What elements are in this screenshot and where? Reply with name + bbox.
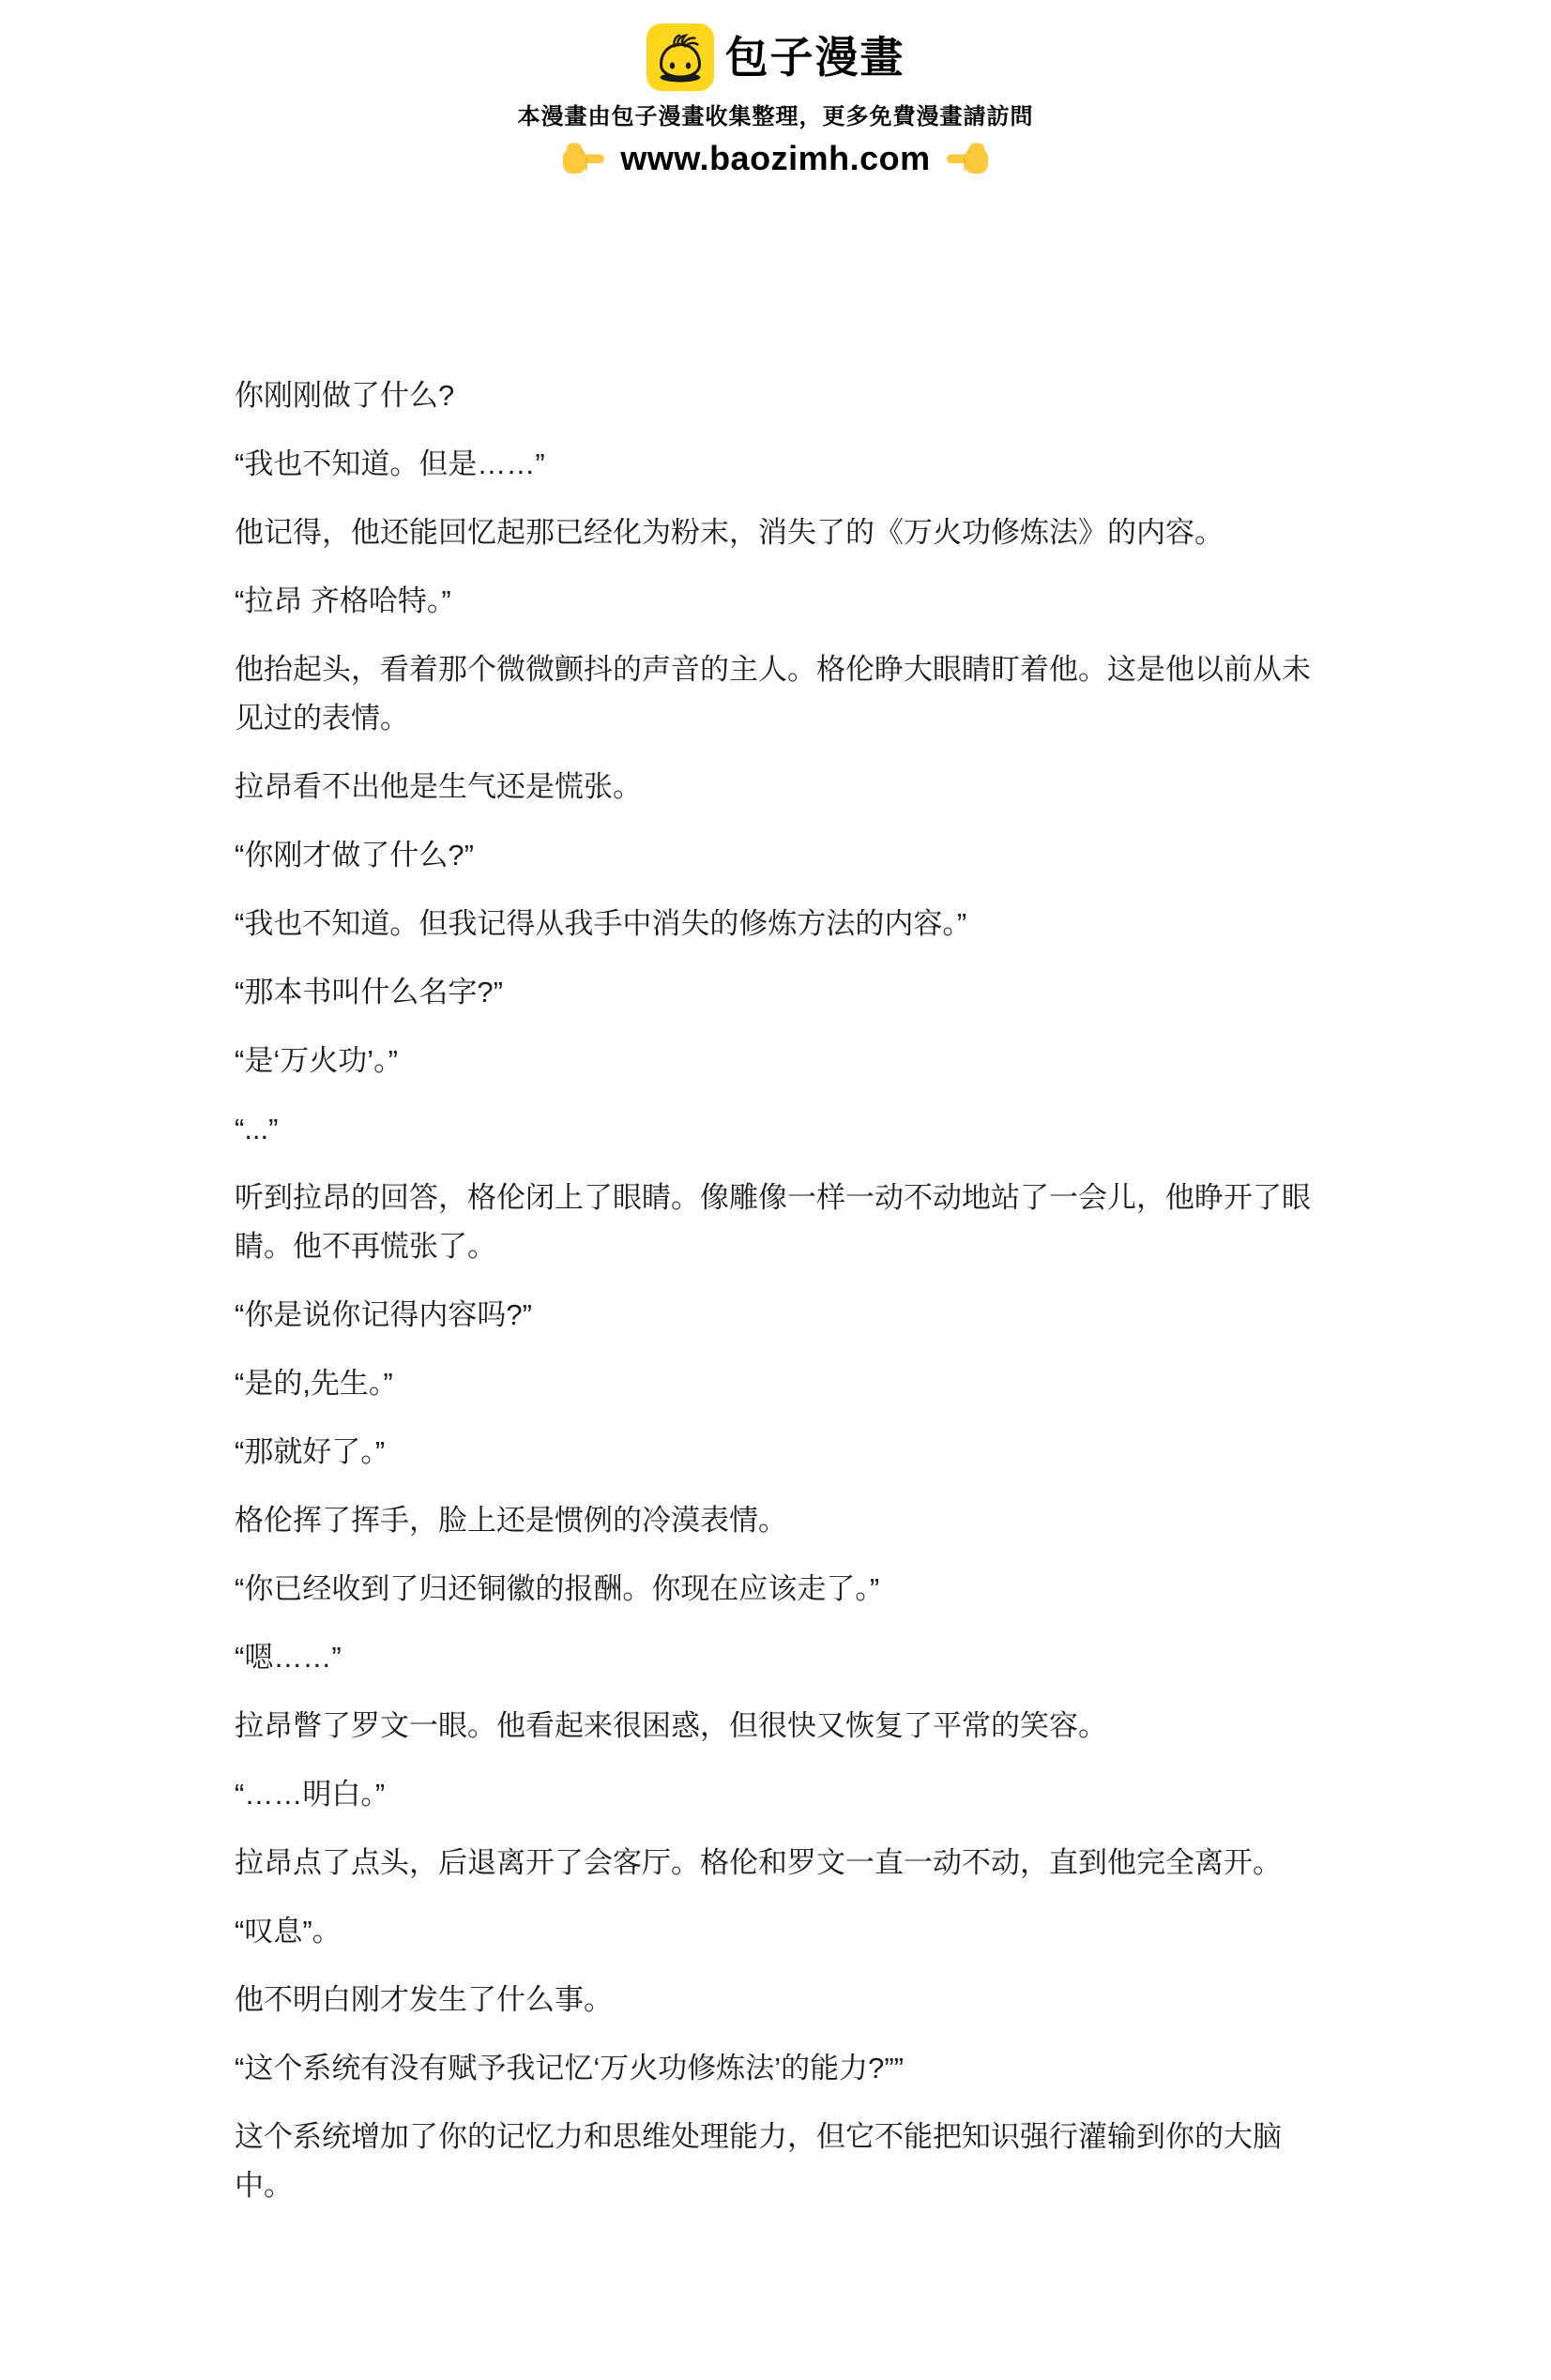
novel-paragraph: “我也不知道。但是……” [235,440,1337,489]
brand-lockup[interactable]: 包子漫畫 [0,23,1551,91]
site-url[interactable]: www.baozimh.com [620,138,930,179]
pointing-right-hand-icon [562,142,605,175]
site-url-row: www.baozimh.com [0,138,1551,179]
novel-paragraph: “你已经收到了归还铜徽的报酬。你现在应该走了。” [235,1565,1337,1614]
novel-paragraph: “拉昂 齐格哈特。” [235,577,1337,626]
novel-paragraph: 拉昂点了点头，后退离开了会客厅。格伦和罗文一直一动不动，直到他完全离开。 [235,1839,1337,1887]
novel-paragraph: “……明白。” [235,1770,1337,1819]
novel-paragraph: 他不明白刚才发生了什么事。 [235,1976,1337,2024]
novel-paragraph: “是的,先生。” [235,1359,1337,1408]
baozi-bun-icon [646,23,714,91]
novel-paragraph: “那就好了。” [235,1428,1337,1477]
novel-paragraph: “这个系统有没有赋予我记忆‘万火功修炼法’的能力?”” [235,2044,1337,2093]
novel-paragraph: “你刚才做了什么?” [235,831,1337,880]
novel-paragraph: 拉昂看不出他是生气还是慌张。 [235,763,1337,811]
novel-paragraph: 他记得，他还能回忆起那已经化为粉末，消失了的《万火功修炼法》的内容。 [235,508,1337,557]
novel-paragraph: “是‘万火功’。” [235,1037,1337,1085]
novel-paragraph: “你是说你记得内容吗?” [235,1291,1337,1340]
site-header: 包子漫畫 本漫畫由包子漫畫收集整理，更多免費漫畫請訪問 www.baozimh.… [0,0,1551,179]
novel-paragraph: “叹息”。 [235,1907,1337,1956]
novel-paragraph: 拉昂瞥了罗文一眼。他看起来很困惑，但很快又恢复了平常的笑容。 [235,1702,1337,1751]
brand-title: 包子漫畫 [725,23,905,91]
novel-paragraph: “嗯……” [235,1633,1337,1682]
novel-paragraph: “那本书叫什么名字?” [235,968,1337,1017]
novel-paragraph: 听到拉昂的回答，格伦闭上了眼睛。像雕像一样一动不动地站了一会儿，他睁开了眼睛。他… [235,1174,1337,1271]
novel-paragraph: 这个系统增加了你的记忆力和思维处理能力，但它不能把知识强行灌输到你的大脑中。 [235,2113,1337,2210]
novel-text-block: 你刚刚做了什么?“我也不知道。但是……”他记得，他还能回忆起那已经化为粉末，消失… [235,371,1337,2230]
novel-paragraph: 你刚刚做了什么? [235,371,1337,420]
novel-paragraph: “...” [235,1105,1337,1154]
novel-paragraph: 格伦挥了挥手，脸上还是惯例的冷漠表情。 [235,1496,1337,1545]
novel-paragraph: “我也不知道。但我记得从我手中消失的修炼方法的内容。” [235,900,1337,948]
pointing-left-hand-icon [946,142,989,175]
novel-paragraph: 他抬起头，看着那个微微颤抖的声音的主人。格伦睁大眼睛盯着他。这是他以前从未见过的… [235,645,1337,743]
collection-notice: 本漫畫由包子漫畫收集整理，更多免費漫畫請訪問 [0,102,1551,131]
